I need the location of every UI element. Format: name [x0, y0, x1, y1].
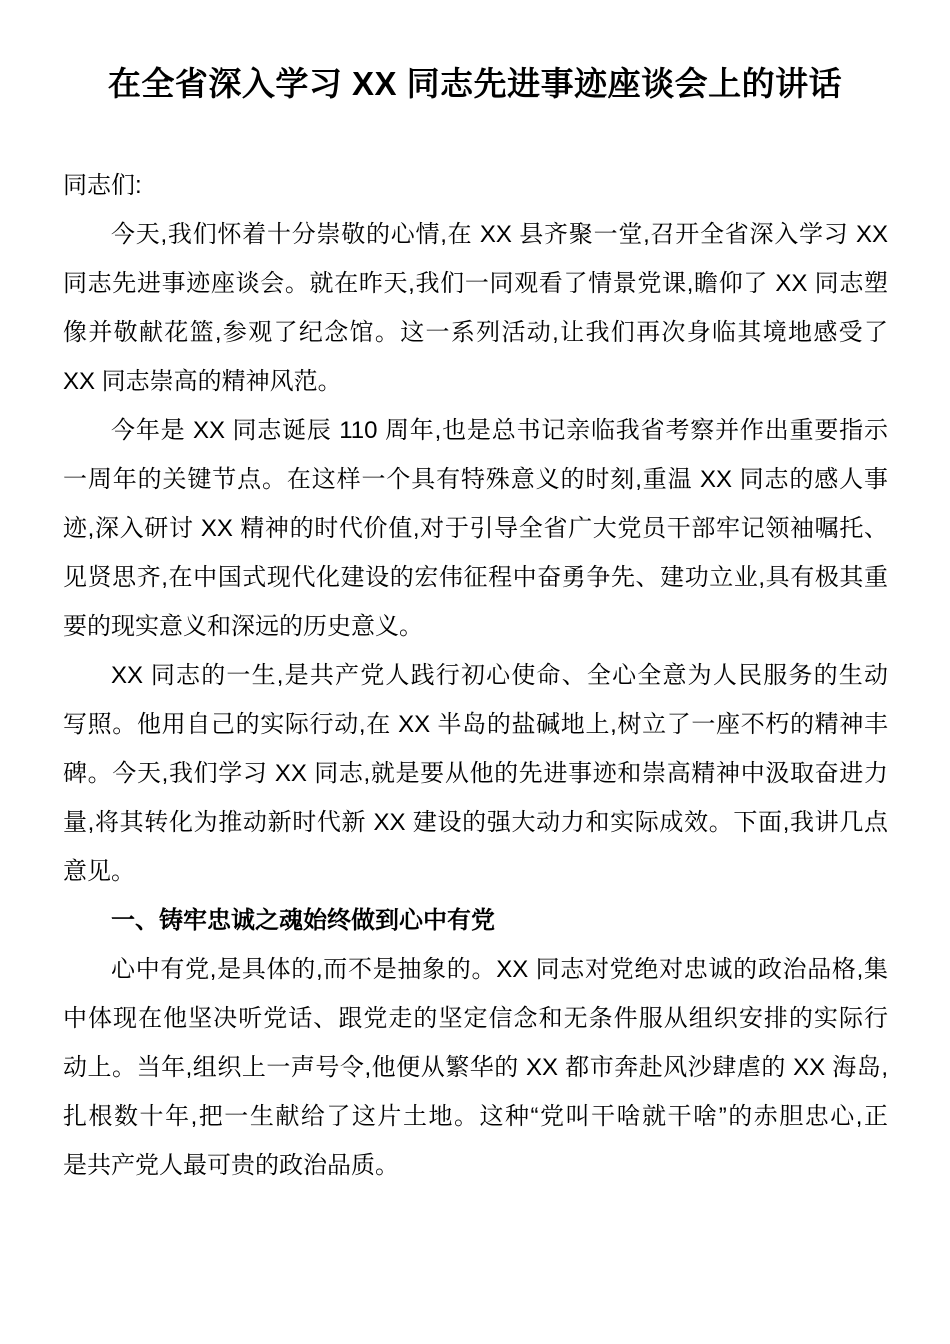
paragraph-line: 见贤思齐,在中国式现代化建设的宏伟征程中奋勇争先、建功立业,具有极其重 — [63, 553, 888, 602]
document-title: 在全省深入学习 XX 同志先进事迹座谈会上的讲话 — [0, 0, 950, 106]
paragraph-line: 是共产党人最可贵的政治品质。 — [63, 1141, 888, 1190]
paragraph-line: 今年是 XX 同志诞辰 110 周年,也是总书记亲临我省考察并作出重要指示 — [63, 406, 888, 455]
paragraph-line: 同志先进事迹座谈会。就在昨天,我们一同观看了情景党课,瞻仰了 XX 同志塑 — [63, 259, 888, 308]
paragraph-line: 一周年的关键节点。在这样一个具有特殊意义的时刻,重温 XX 同志的感人事 — [63, 455, 888, 504]
paragraph-line: XX 同志崇高的精神风范。 — [63, 357, 888, 406]
paragraph-line: 要的现实意义和深远的历史意义。 — [63, 602, 888, 651]
paragraph-line: 中体现在他坚决听党话、跟党走的坚定信念和无条件服从组织安排的实际行 — [63, 994, 888, 1043]
paragraph-line: 意见。 — [63, 847, 888, 896]
paragraph-line: 像并敬献花篮,参观了纪念馆。这一系列活动,让我们再次身临其境地感受了 — [63, 308, 888, 357]
paragraph-line: 量,将其转化为推动新时代新 XX 建设的强大动力和实际成效。下面,我讲几点 — [63, 798, 888, 847]
paragraph-line: 写照。他用自己的实际行动,在 XX 半岛的盐碱地上,树立了一座不朽的精神丰 — [63, 700, 888, 749]
paragraph-line: 动上。当年,组织上一声号令,他便从繁华的 XX 都市奔赴风沙肆虐的 XX 海岛, — [63, 1043, 888, 1092]
paragraph-line: 扎根数十年,把一生献给了这片土地。这种“党叫干啥就干啥”的赤胆忠心,正 — [63, 1092, 888, 1141]
paragraph-line: 今天,我们怀着十分崇敬的心情,在 XX 县齐聚一堂,召开全省深入学习 XX — [63, 210, 888, 259]
paragraph-line: 迹,深入研讨 XX 精神的时代价值,对于引导全省广大党员干部牢记领袖嘱托、 — [63, 504, 888, 553]
section-heading: 一、铸牢忠诚之魂始终做到心中有党 — [63, 896, 888, 945]
salutation: 同志们: — [63, 161, 888, 210]
document-page: 在全省深入学习 XX 同志先进事迹座谈会上的讲话 同志们:今天,我们怀着十分崇敬… — [0, 0, 950, 1344]
document-body: 同志们:今天,我们怀着十分崇敬的心情,在 XX 县齐聚一堂,召开全省深入学习 X… — [0, 161, 950, 1190]
paragraph-line: 碑。今天,我们学习 XX 同志,就是要从他的先进事迹和崇高精神中汲取奋进力 — [63, 749, 888, 798]
paragraph-line: XX 同志的一生,是共产党人践行初心使命、全心全意为人民服务的生动 — [63, 651, 888, 700]
paragraph-line: 心中有党,是具体的,而不是抽象的。XX 同志对党绝对忠诚的政治品格,集 — [63, 945, 888, 994]
